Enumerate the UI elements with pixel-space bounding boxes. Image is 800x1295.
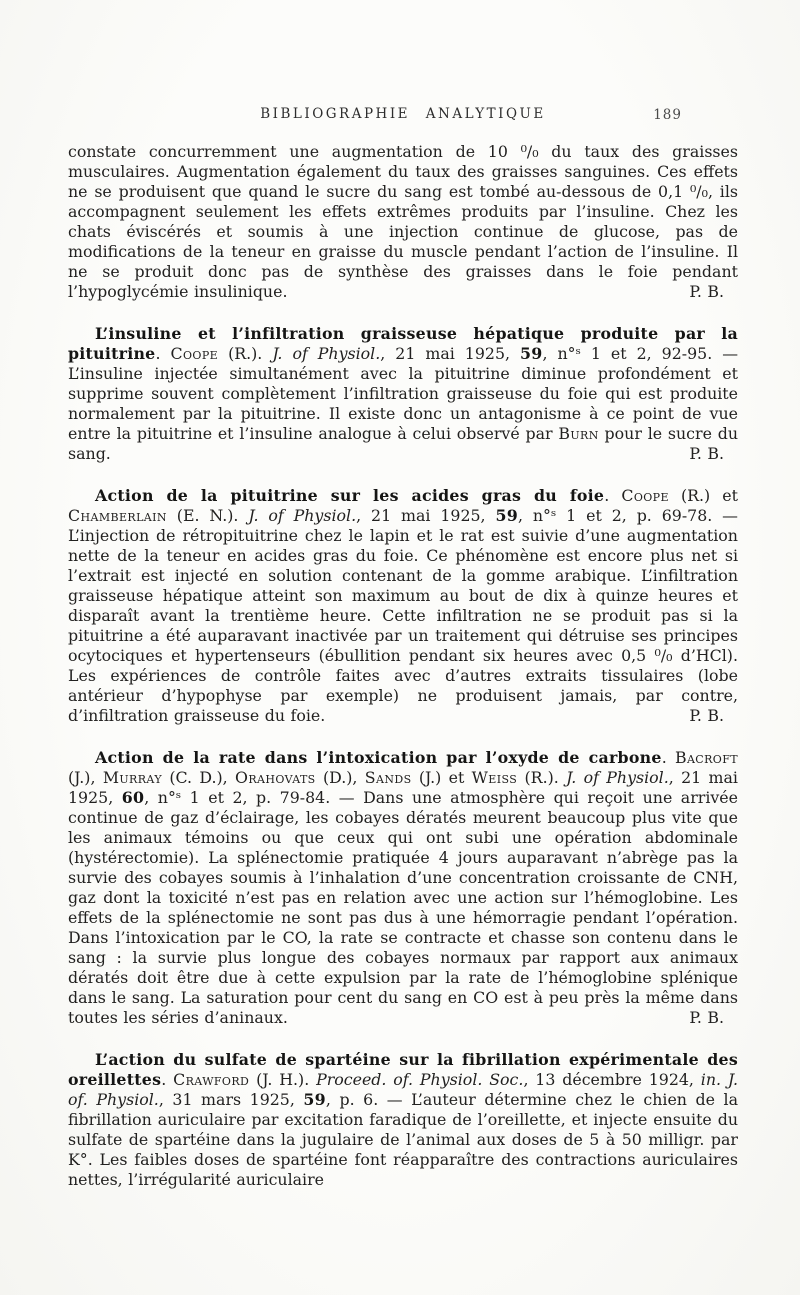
reviewer-initials: P. B.: [689, 282, 724, 302]
bibliography-entry: Action de la rate dans l’intoxication pa…: [68, 748, 738, 1028]
journal-title: J. of Physiol.: [566, 768, 669, 787]
entry-text: .: [662, 748, 675, 767]
continuation-paragraph: constate concurremment une augmentation …: [68, 142, 738, 302]
entry-title: Action de la pituitrine sur les acides g…: [95, 486, 604, 505]
entry-text: , n°ˢ 1 et 2, p. 69-78. — L’injection de…: [68, 506, 738, 725]
reviewer-initials: P. B.: [662, 444, 724, 464]
entry-text: .: [156, 344, 171, 363]
entry-title: Action de la rate dans l’intoxication pa…: [95, 748, 662, 767]
entry-text: (R.).: [517, 768, 566, 787]
entry-text: , 13 décembre 1924,: [523, 1070, 700, 1089]
entry-text: (R.).: [218, 344, 272, 363]
author-name: Coope: [171, 344, 219, 363]
reviewer-initials: P. B.: [662, 706, 724, 726]
author-name: Sands: [365, 768, 412, 787]
volume-number: 59: [303, 1090, 325, 1109]
entry-text: (C. D.),: [162, 768, 235, 787]
entry-text: (J.),: [68, 768, 103, 787]
page-header-title: BIBLIOGRAPHIE ANALYTIQUE: [68, 106, 738, 122]
text-column: BIBLIOGRAPHIE ANALYTIQUE 189 constate co…: [68, 106, 738, 1190]
entry-text: .: [161, 1070, 173, 1089]
journal-title: J. of Physiol.: [272, 344, 380, 363]
entry-text: (R.) et: [669, 486, 738, 505]
author-name: Weiss: [472, 768, 518, 787]
author-name: Chamberlain: [68, 506, 167, 525]
author-name: Coope: [621, 486, 669, 505]
entry-text: , 31 mars 1925,: [159, 1090, 304, 1109]
journal-title: Proceed. of. Physiol. Soc.: [316, 1070, 523, 1089]
entry-text: (J. H.).: [249, 1070, 316, 1089]
bibliography-entry: Action de la pituitrine sur les acides g…: [68, 486, 738, 726]
volume-number: 59: [495, 506, 517, 525]
author-name: Murray: [103, 768, 162, 787]
entry-text: , n°ˢ 1 et 2, p. 79-84. — Dans une atmos…: [68, 788, 738, 1027]
entry-text: (D.),: [316, 768, 365, 787]
volume-number: 59: [520, 344, 542, 363]
bibliography-entry: L’insuline et l’infiltration graisseuse …: [68, 324, 738, 464]
entry-text: .: [604, 486, 621, 505]
journal-title: J. of Physiol.: [248, 506, 356, 525]
reviewer-initials: P. B.: [662, 1008, 724, 1028]
author-name: Crawford: [173, 1070, 249, 1089]
running-head: BIBLIOGRAPHIE ANALYTIQUE 189: [68, 106, 738, 128]
author-name: Burn: [558, 424, 598, 443]
entries: constate concurremment une augmentation …: [68, 142, 738, 1190]
author-name: Orahovats: [235, 768, 316, 787]
entry-text: (J.) et: [412, 768, 472, 787]
entry-text: constate concurremment une augmentation …: [68, 142, 738, 301]
scanned-page: BIBLIOGRAPHIE ANALYTIQUE 189 constate co…: [0, 0, 800, 1295]
author-name: Bacroft: [675, 748, 738, 767]
entry-text: , 21 mai 1925,: [356, 506, 495, 525]
volume-number: 60: [122, 788, 144, 807]
entry-text: (E. N.).: [167, 506, 248, 525]
entry-text: , 21 mai 1925,: [380, 344, 520, 363]
bibliography-entry: L’action du sulfate de spartéine sur la …: [68, 1050, 738, 1190]
page-number: 189: [653, 107, 682, 123]
